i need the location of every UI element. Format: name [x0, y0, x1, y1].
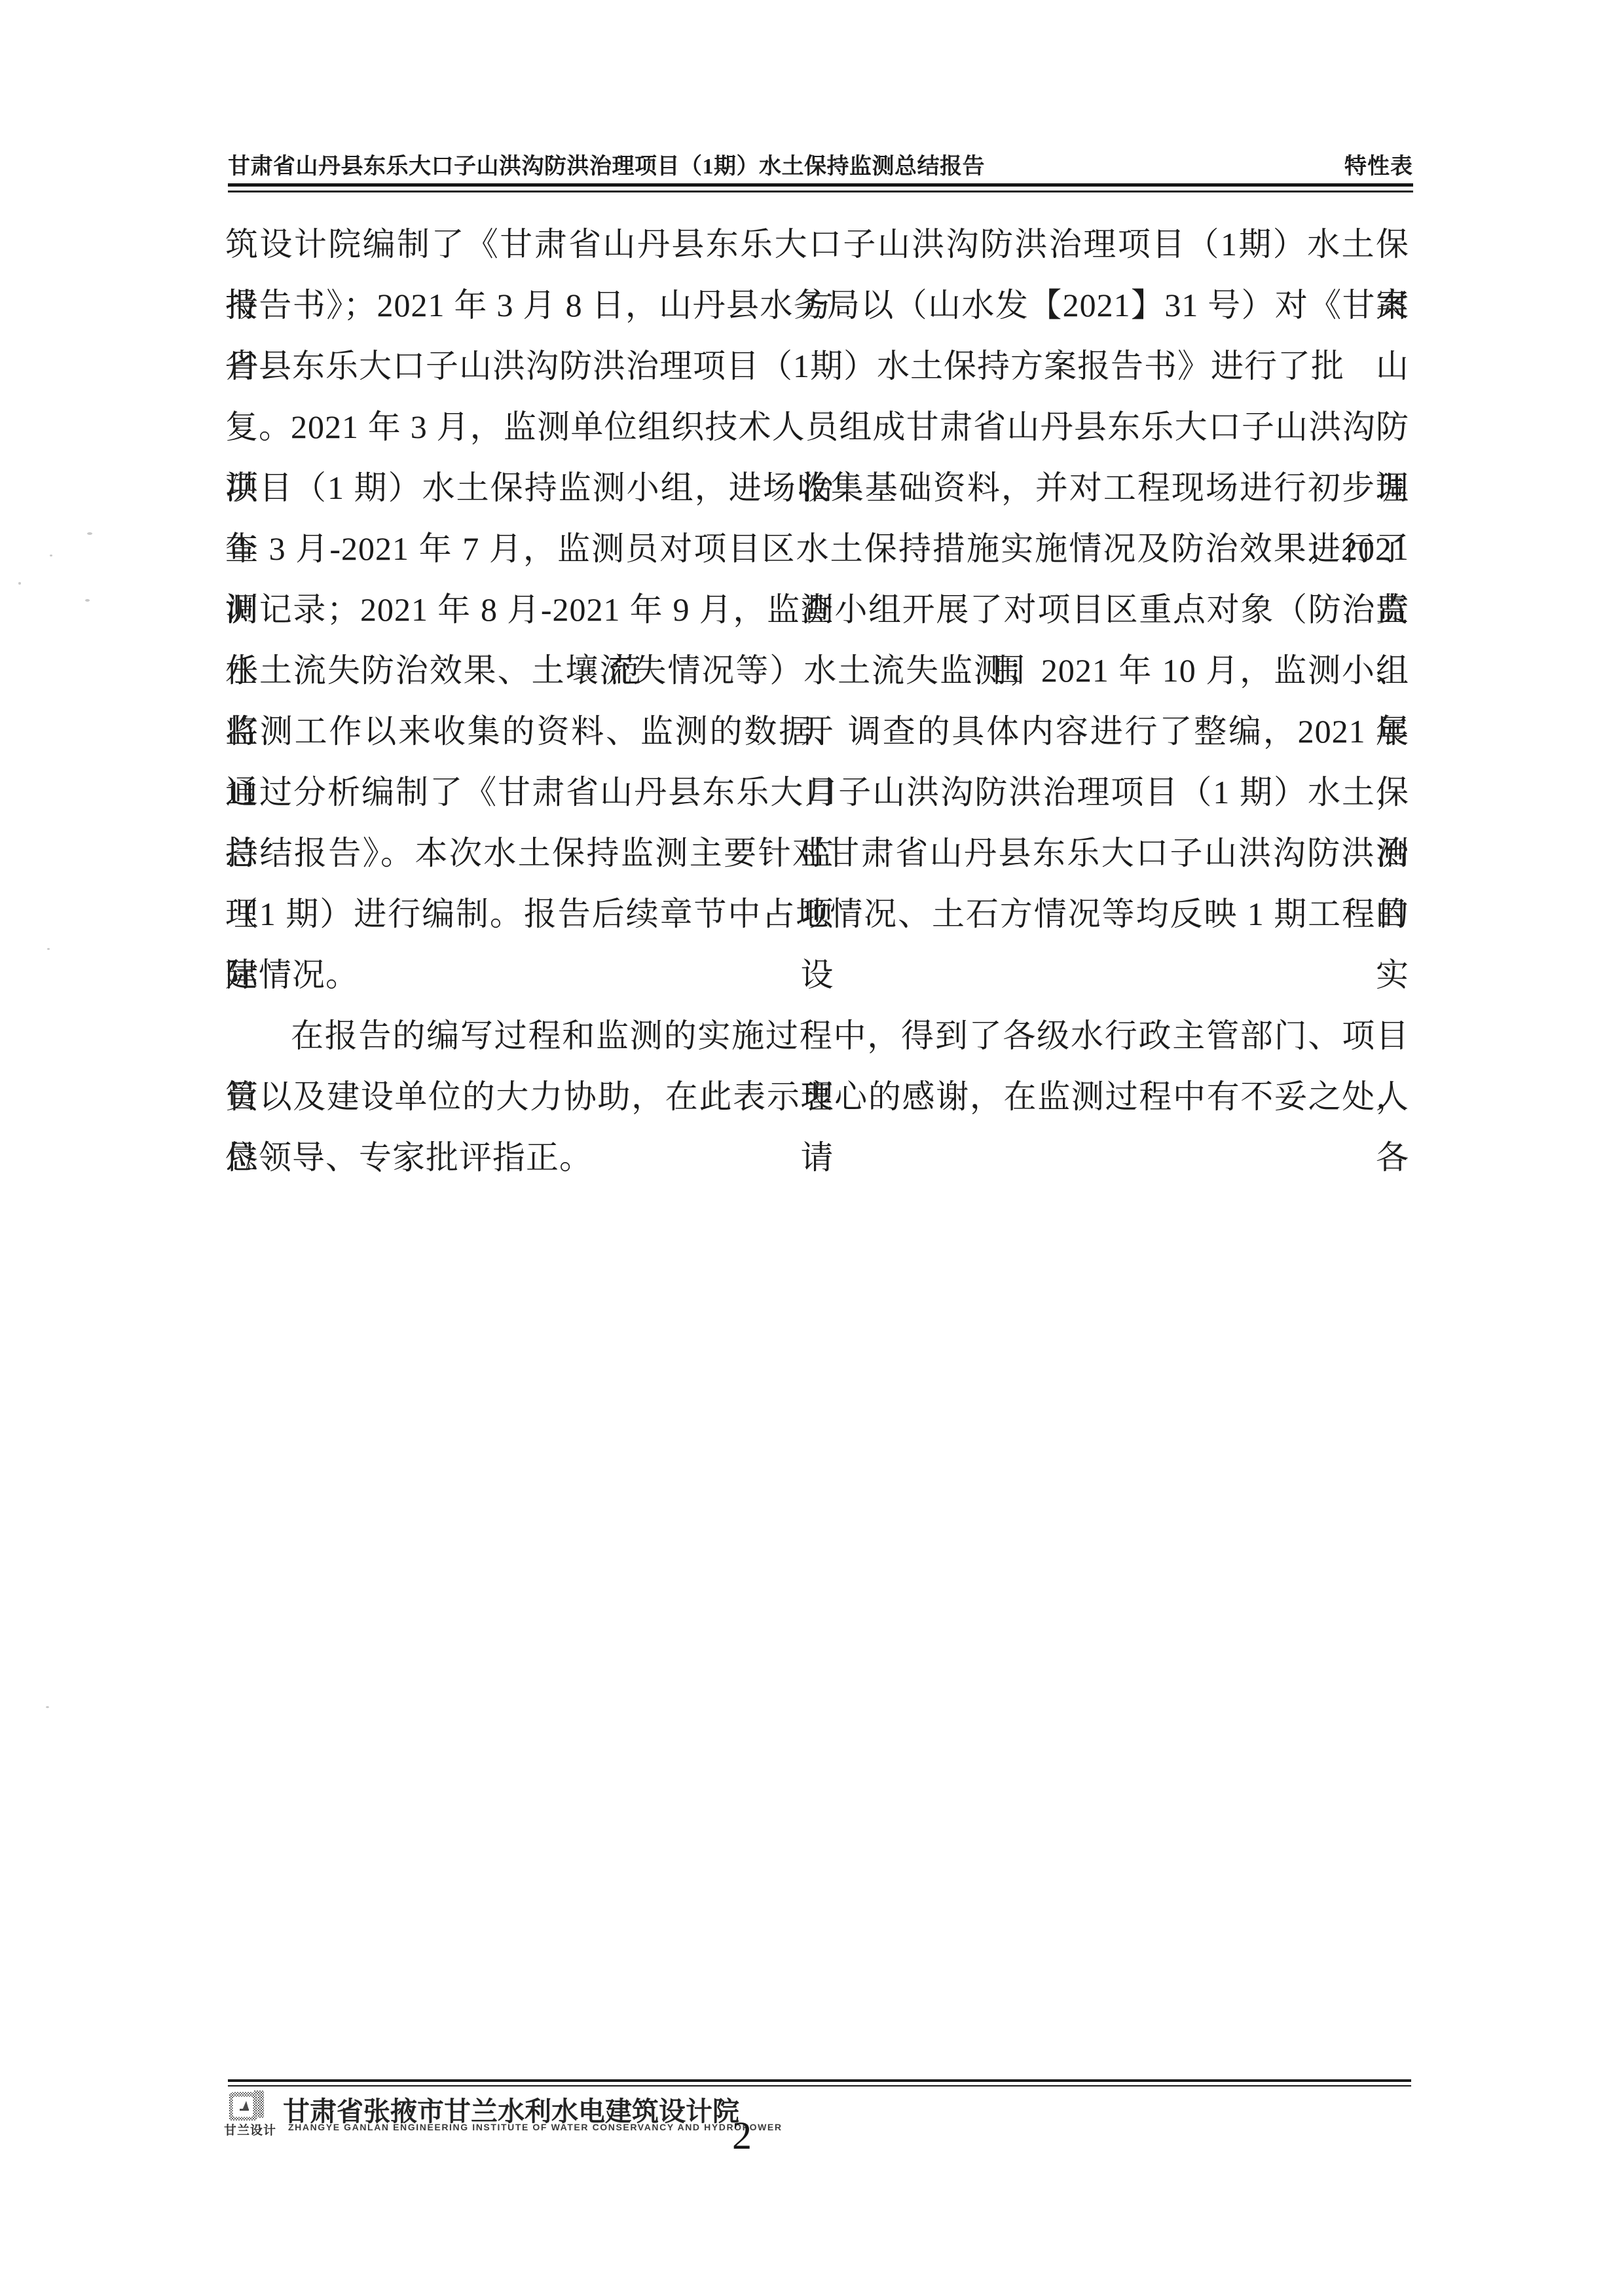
header-report-title: 甘肃省山丹县东乐大口子山洪沟防洪治理项目（1期）水土保持监测总结报告 — [228, 148, 985, 180]
body-text-block: 筑设计院编制了《甘肃省山丹县东乐大口子山洪沟防洪治理项目（1期）水土保持方案 报… — [225, 214, 1409, 1188]
page-header: 甘肃省山丹县东乐大口子山洪沟防洪治理项目（1期）水土保持监测总结报告 特性表 — [228, 148, 1413, 180]
company-logo-icon — [229, 2089, 268, 2121]
body-line: 2021 年 3 月，监测单位组织技术人员组成甘肃省山丹县东乐大口子山洪沟防洪治… — [225, 397, 1409, 458]
body-line: 通过分析编制了《甘肃省山丹县东乐大口子山洪沟防洪治理项目（1 期）水土保持监测 — [225, 762, 1409, 823]
body-line: 监测工作以来收集的资料、监测的数据、调查的具体内容进行了整编，2021 年 11… — [225, 701, 1409, 762]
page-number: 2 — [732, 2113, 752, 2159]
scan-speck — [85, 599, 90, 602]
body-line: 员以及建设单位的大力协助，在此表示衷心的感谢，在监测过程中有不妥之处，恳请各 — [225, 1066, 1409, 1127]
footer-company-name-english: ZHANGYE GANLAN ENGINEERING INSTITUTE OF … — [288, 2122, 783, 2132]
scan-speck — [87, 532, 92, 535]
body-line: 项目（1 期）水土保持监测小组，进场收集基础资料，并对工程现场进行初步调查；20… — [225, 458, 1409, 519]
scan-speck — [18, 582, 21, 585]
body-line: 在报告的编写过程和监测的实施过程中，得到了各级水行政主管部门、项目管理人 — [225, 1006, 1409, 1066]
scan-speck — [46, 1706, 49, 1708]
footer-divider-rule — [228, 2079, 1411, 2086]
body-line: （1 期）进行编制。报告后续章节中占地情况、土石方情况等均反映 1 期工程的建设… — [225, 884, 1409, 945]
body-line: 水土流失防治效果、土壤流失情况等）水土流失监测；2021 年 10 月，监测小组… — [225, 640, 1409, 701]
body-line: 年 3 月-2021 年 7 月，监测员对项目区水土保持措施实施情况及防治效果进… — [225, 519, 1409, 579]
scan-speck — [47, 948, 50, 950]
body-line: 丹县东乐大口子山洪沟防洪治理项目（1期）水土保持方案报告书》进行了批复。 — [225, 336, 1409, 397]
body-line: 报告书》；2021 年 3 月 8 日，山丹县水务局以（山水发【2021】31 … — [225, 275, 1409, 336]
header-divider-rule — [228, 183, 1413, 192]
company-logo-caption: 甘兰设计 — [224, 2121, 274, 2138]
scan-speck — [50, 555, 52, 556]
body-line: 测记录；2021 年 8 月-2021 年 9 月，监测小组开展了对项目区重点对… — [225, 579, 1409, 640]
body-line: 总结报告》。本次水土保持监测主要针对甘肃省山丹县东乐大口子山洪沟防洪治理项目 — [225, 823, 1409, 884]
body-line: 筑设计院编制了《甘肃省山丹县东乐大口子山洪沟防洪治理项目（1期）水土保持方案 — [225, 214, 1409, 275]
header-section-label: 特性表 — [1344, 148, 1413, 180]
document-page: 甘肃省山丹县东乐大口子山洪沟防洪治理项目（1期）水土保持监测总结报告 特性表 筑… — [0, 0, 1624, 2296]
